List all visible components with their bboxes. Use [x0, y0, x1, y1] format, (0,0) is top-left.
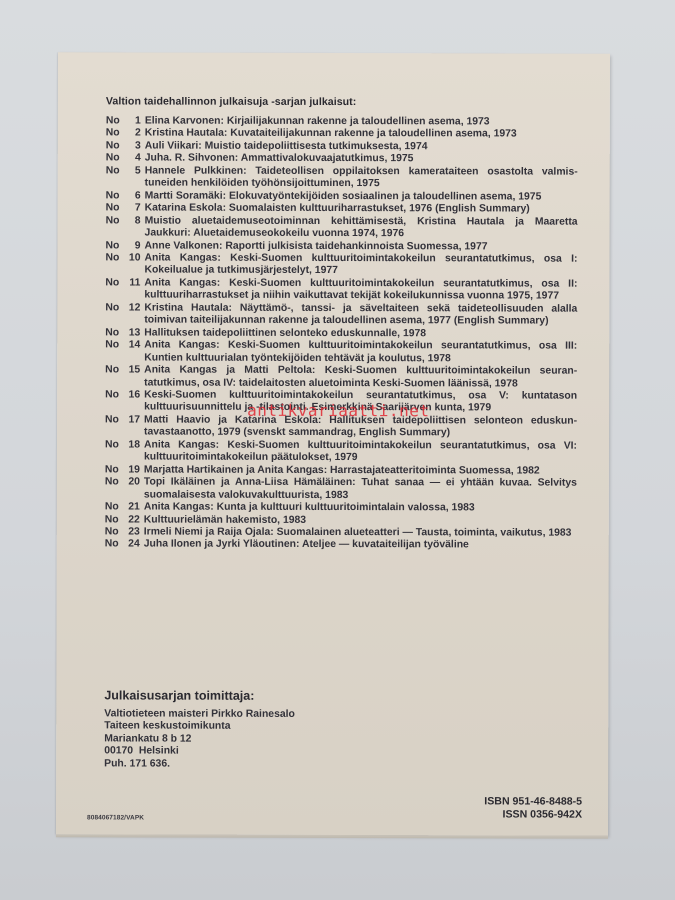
- publication-no-label: No: [106, 115, 125, 128]
- publication-title: Kristina Hautala: Kuvataiteilijakunnan r…: [145, 128, 580, 142]
- publication-title: Anita Kangas: Keski-Suomen kulttuuritoim…: [144, 340, 579, 366]
- publication-no-label: No: [106, 215, 125, 240]
- publication-title: Auli Viikari: Muistio taidepoliittisesta…: [145, 140, 580, 154]
- publication-item: No10Anita Kangas: Keski-Suomen kulttuuri…: [105, 252, 579, 278]
- publication-title: Anita Kangas: Kunta ja kulttuuri kulttuu…: [144, 502, 579, 516]
- publication-item: No16Keski-Suomen kulttuuritoimintakokeil…: [105, 389, 579, 415]
- publication-number: 22: [124, 514, 144, 527]
- publication-number: 17: [124, 414, 144, 439]
- publication-number: 10: [124, 252, 144, 277]
- publication-no-label: No: [105, 364, 124, 389]
- editor-line-organization: Taiteen keskustoimikunta: [104, 721, 295, 734]
- publication-item: No8Muistio aluetaidemuseotoiminnan kehit…: [106, 215, 580, 241]
- book-back-cover: Valtion taidehallinnon julkaisuja -sarja…: [56, 52, 610, 835]
- publication-item: No1Elina Karvonen: Kirjailijakunnan rake…: [106, 115, 580, 129]
- series-title: Valtion taidehallinnon julkaisuja -sarja…: [106, 95, 580, 109]
- publication-no-label: No: [105, 526, 124, 539]
- publication-number: 16: [124, 389, 144, 414]
- publication-item: No6Martti Soramäki: Elokuvatyöntekijöide…: [106, 190, 580, 204]
- publication-title: Katarina Eskola: Suomalaisten kulttuurih…: [145, 203, 580, 217]
- publication-no-label: No: [105, 340, 124, 365]
- publication-list: No1Elina Karvonen: Kirjailijakunnan rake…: [105, 115, 580, 552]
- publication-number: 2: [125, 128, 145, 141]
- print-code: 8084067182/VAPK: [87, 814, 144, 821]
- publication-number: 4: [125, 153, 145, 166]
- editor-line-street: Mariankatu 8 b 12: [104, 733, 295, 746]
- publication-title: Anita Kangas: Keski-Suomen kulttuuritoim…: [144, 277, 579, 303]
- publication-item: No9Anne Valkonen: Raportti julkisista ta…: [106, 240, 580, 254]
- publication-title: Keski-Suomen kulttuuritoimintakokeilun s…: [144, 389, 579, 415]
- publication-item: No4Juha. R. Sihvonen: Ammattivalokuvaaja…: [106, 153, 580, 167]
- publication-item: No21Anita Kangas: Kunta ja kulttuuri kul…: [105, 501, 579, 515]
- publication-item: No12Kristina Hautala: Näyttämö-, tanssi-…: [105, 302, 579, 328]
- publication-no-label: No: [106, 165, 125, 190]
- publication-title: Topi Ikäläinen ja Anna-Liisa Hämäläinen:…: [144, 477, 579, 503]
- publication-no-label: No: [105, 514, 124, 527]
- publication-no-label: No: [105, 477, 124, 502]
- editor-info: Julkaisusarjan toimittaja: Valtiotieteen…: [104, 688, 295, 771]
- publication-number: 23: [124, 526, 144, 539]
- publication-item: No15Anita Kangas ja Matti Peltola: Keski…: [105, 364, 579, 390]
- publication-title: Juha. R. Sihvonen: Ammattivalokuvaajatut…: [145, 153, 580, 167]
- publication-number: 13: [124, 327, 144, 340]
- publication-no-label: No: [105, 252, 124, 277]
- editor-line-name: Valtiotieteen maisteri Pirkko Rainesalo: [104, 708, 295, 721]
- publication-number: 21: [124, 501, 144, 514]
- publication-number: 7: [125, 203, 145, 216]
- publication-item: No7Katarina Eskola: Suomalaisten kulttuu…: [106, 203, 580, 217]
- publication-no-label: No: [105, 414, 124, 439]
- publication-title: Anita Kangas ja Matti Peltola: Keski-Suo…: [144, 365, 579, 391]
- publication-item: No5Hannele Pulkkinen: Taideteollisen opp…: [106, 165, 580, 191]
- publication-item: No23Irmeli Niemi ja Raija Ojala: Suomala…: [105, 526, 579, 540]
- publication-no-label: No: [106, 203, 125, 216]
- publication-title: Kulttuurielämän hakemisto, 1983: [144, 514, 579, 528]
- publication-number: 18: [124, 439, 144, 464]
- publication-number: 20: [124, 477, 144, 502]
- publication-item: No11Anita Kangas: Keski-Suomen kulttuuri…: [105, 277, 579, 303]
- editor-heading: Julkaisusarjan toimittaja:: [104, 688, 295, 703]
- publication-item: No19Marjatta Hartikainen ja Anita Kangas…: [105, 464, 579, 478]
- publication-number: 8: [125, 215, 145, 240]
- publication-no-label: No: [105, 464, 124, 477]
- publication-no-label: No: [105, 302, 124, 327]
- publication-title: Marjatta Hartikainen ja Anita Kangas: Ha…: [144, 464, 579, 478]
- publication-no-label: No: [105, 277, 124, 302]
- publication-title: Muistio aluetaidemuseotoiminnan kehittäm…: [145, 215, 580, 241]
- publication-title: Kristina Hautala: Näyttämö-, tanssi- ja …: [144, 302, 579, 328]
- publication-number: 14: [124, 340, 144, 365]
- publication-number: 24: [124, 539, 144, 552]
- publication-item: No18Anita Kangas: Keski-Suomen kulttuuri…: [105, 439, 579, 465]
- publication-number: 11: [124, 277, 144, 302]
- publication-item: No20Topi Ikäläinen ja Anna-Liisa Hämäläi…: [105, 477, 579, 503]
- publication-number: 5: [125, 165, 145, 190]
- publication-no-label: No: [106, 190, 125, 203]
- identifiers: ISBN 951-46-8488-5 ISSN 0356-942X: [484, 795, 582, 821]
- publication-item: No24Juha Ilonen ja Jyrki Yläoutinen: Ate…: [105, 539, 579, 553]
- publication-number: 1: [125, 115, 145, 128]
- publication-no-label: No: [105, 389, 124, 414]
- publication-item: No2Kristina Hautala: Kuvataiteilijakunna…: [106, 128, 580, 142]
- publication-no-label: No: [105, 439, 124, 464]
- publication-title: Martti Soramäki: Elokuvatyöntekijöiden s…: [145, 190, 580, 204]
- publication-no-label: No: [106, 240, 125, 253]
- publication-number: 15: [124, 365, 144, 390]
- book-page-edge: [56, 834, 608, 838]
- publication-title: Elina Karvonen: Kirjailijakunnan rakenne…: [145, 116, 580, 130]
- publication-item: No17Matti Haavio ja Katarina Eskola: Hal…: [105, 414, 579, 440]
- publication-title: Juha Ilonen ja Jyrki Yläoutinen: Ateljee…: [144, 539, 579, 553]
- issn: ISSN 0356-942X: [484, 808, 582, 821]
- publication-item: No14Anita Kangas: Keski-Suomen kulttuuri…: [105, 340, 579, 366]
- publication-number: 12: [124, 302, 144, 327]
- publication-number: 9: [125, 240, 145, 253]
- editor-line-phone: Puh. 171 636.: [104, 758, 295, 771]
- publication-title: Irmeli Niemi ja Raija Ojala: Suomalainen…: [144, 526, 579, 540]
- publication-title: Anne Valkonen: Raportti julkisista taide…: [145, 240, 580, 254]
- publication-title: Anita Kangas: Keski-Suomen kulttuuritoim…: [144, 439, 579, 465]
- publication-no-label: No: [106, 153, 125, 166]
- publication-item: No3Auli Viikari: Muistio taidepoliittise…: [106, 140, 580, 154]
- publication-item: No13Hallituksen taidepoliittinen selonte…: [105, 327, 579, 341]
- publication-number: 3: [125, 140, 145, 153]
- publication-number: 19: [124, 464, 144, 477]
- publication-title: Matti Haavio ja Katarina Eskola: Hallitu…: [144, 414, 579, 440]
- publication-no-label: No: [105, 501, 124, 514]
- publication-no-label: No: [106, 140, 125, 153]
- publication-no-label: No: [105, 327, 124, 340]
- publication-no-label: No: [106, 128, 125, 141]
- publication-title: Hallituksen taidepoliittinen selonteko e…: [144, 327, 579, 341]
- publication-title: Hannele Pulkkinen: Taideteollisen oppila…: [145, 165, 580, 191]
- publication-number: 6: [125, 190, 145, 203]
- publication-item: No22Kulttuurielämän hakemisto, 1983: [105, 514, 579, 528]
- publication-title: Anita Kangas: Keski-Suomen kulttuuritoim…: [144, 252, 579, 278]
- publication-no-label: No: [105, 539, 124, 552]
- isbn: ISBN 951-46-8488-5: [484, 795, 582, 808]
- editor-line-city: 00170 Helsinki: [104, 746, 295, 759]
- publication-series-section: Valtion taidehallinnon julkaisuja -sarja…: [105, 95, 580, 552]
